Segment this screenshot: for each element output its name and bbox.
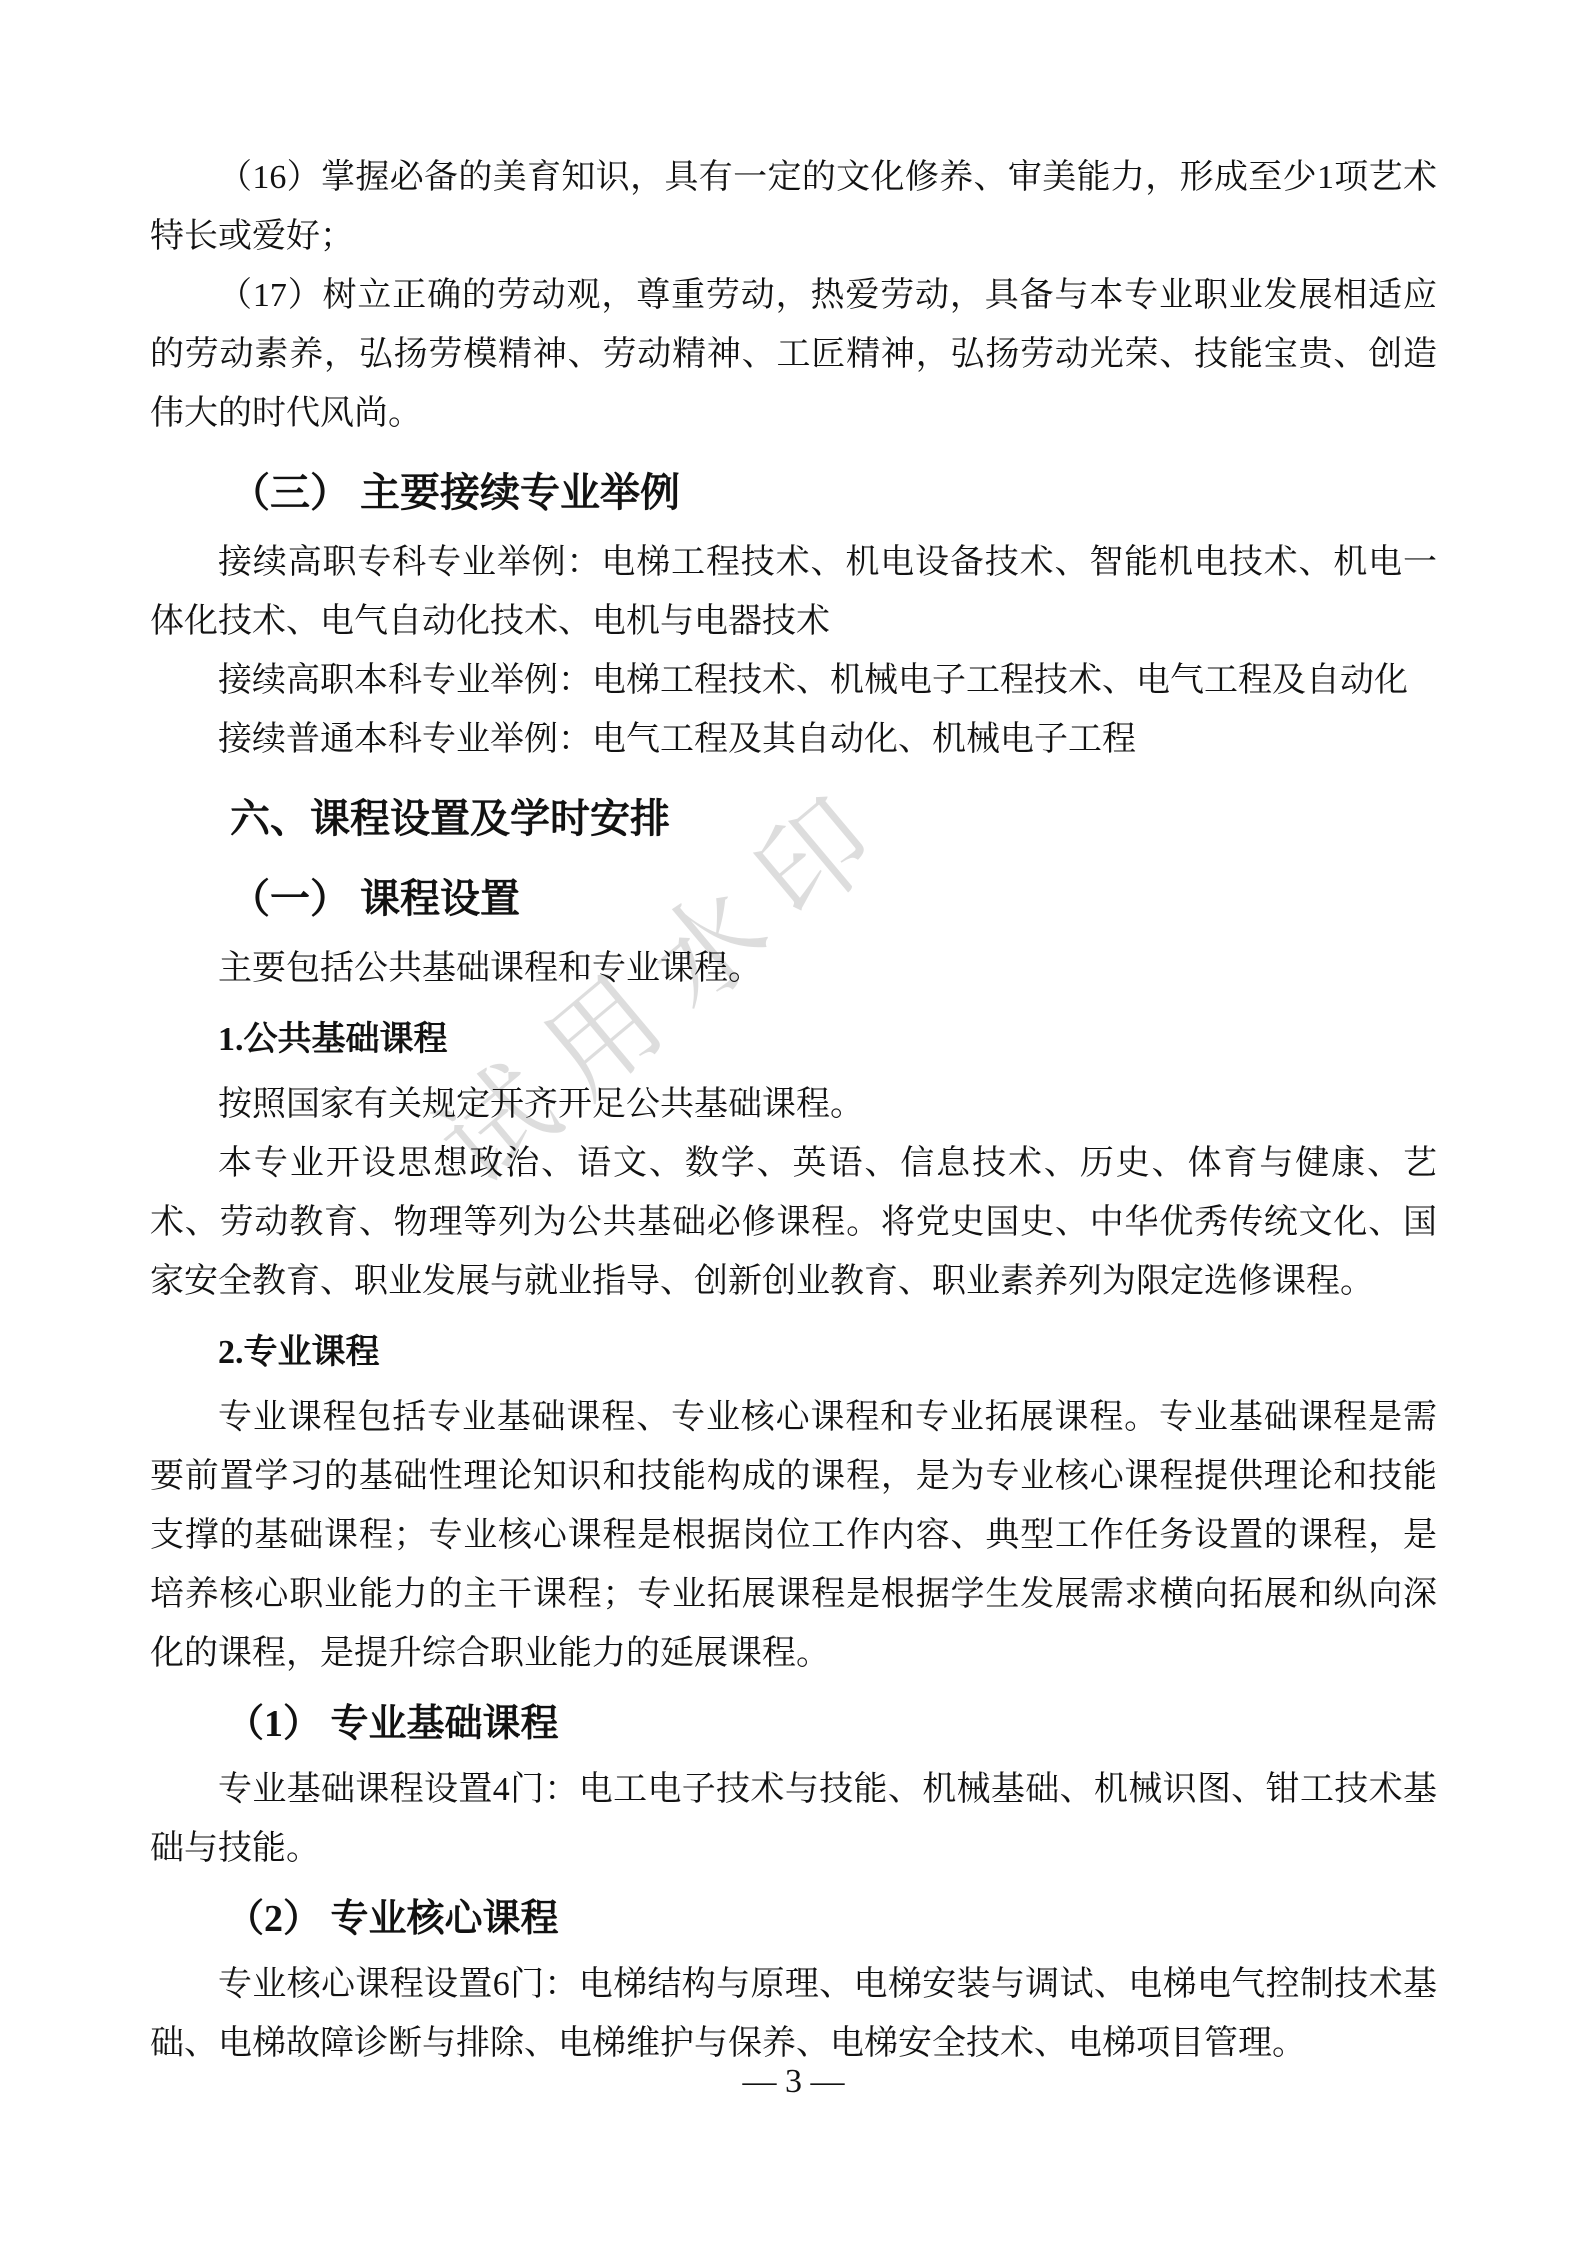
document-page: 试用水印 （16）掌握必备的美育知识，具有一定的文化修养、审美能力，形成至少1项… xyxy=(0,0,1587,2245)
heading-professional-courses: 2.专业课程 xyxy=(150,1323,1437,1382)
paragraph-professional-courses: 专业课程包括专业基础课程、专业核心课程和专业拓展课程。专业基础课程是需要前置学习… xyxy=(150,1388,1437,1683)
heading-professional-basic: （1） 专业基础课程 xyxy=(150,1695,1437,1754)
heading-course-setting: （一） 课程设置 xyxy=(150,869,1437,929)
heading-continuing-majors: （三） 主要接续专业举例 xyxy=(150,463,1437,523)
paragraph-item-17: （17）树立正确的劳动观，尊重劳动，热爱劳动，具备与本专业职业发展相适应的劳动素… xyxy=(150,266,1437,443)
paragraph-professional-basic: 专业基础课程设置4门：电工电子技术与技能、机械基础、机械识图、钳工技术基础与技能… xyxy=(150,1760,1437,1878)
heading-professional-core: （2） 专业核心课程 xyxy=(150,1890,1437,1949)
heading-public-basic-courses: 1.公共基础课程 xyxy=(150,1010,1437,1069)
page-number: — 3 — xyxy=(0,2062,1587,2102)
paragraph-putong-benke: 接续普通本科专业举例：电气工程及其自动化、机械电子工程 xyxy=(150,710,1437,769)
paragraph-course-intro: 主要包括公共基础课程和专业课程。 xyxy=(150,939,1437,998)
paragraph-public-basic-2: 本专业开设思想政治、语文、数学、英语、信息技术、历史、体育与健康、艺术、劳动教育… xyxy=(150,1134,1437,1311)
paragraph-gaozhi-benke: 接续高职本科专业举例：电梯工程技术、机械电子工程技术、电气工程及自动化 xyxy=(150,651,1437,710)
paragraph-public-basic-1: 按照国家有关规定开齐开足公共基础课程。 xyxy=(150,1075,1437,1134)
document-body: （16）掌握必备的美育知识，具有一定的文化修养、审美能力，形成至少1项艺术特长或… xyxy=(150,148,1437,2073)
paragraph-professional-core: 专业核心课程设置6门：电梯结构与原理、电梯安装与调试、电梯电气控制技术基础、电梯… xyxy=(150,1955,1437,2073)
paragraph-gaozhi-zhuanke: 接续高职专科专业举例：电梯工程技术、机电设备技术、智能机电技术、机电一体化技术、… xyxy=(150,533,1437,651)
heading-section-six: 六、课程设置及学时安排 xyxy=(150,789,1437,849)
paragraph-item-16: （16）掌握必备的美育知识，具有一定的文化修养、审美能力，形成至少1项艺术特长或… xyxy=(150,148,1437,266)
